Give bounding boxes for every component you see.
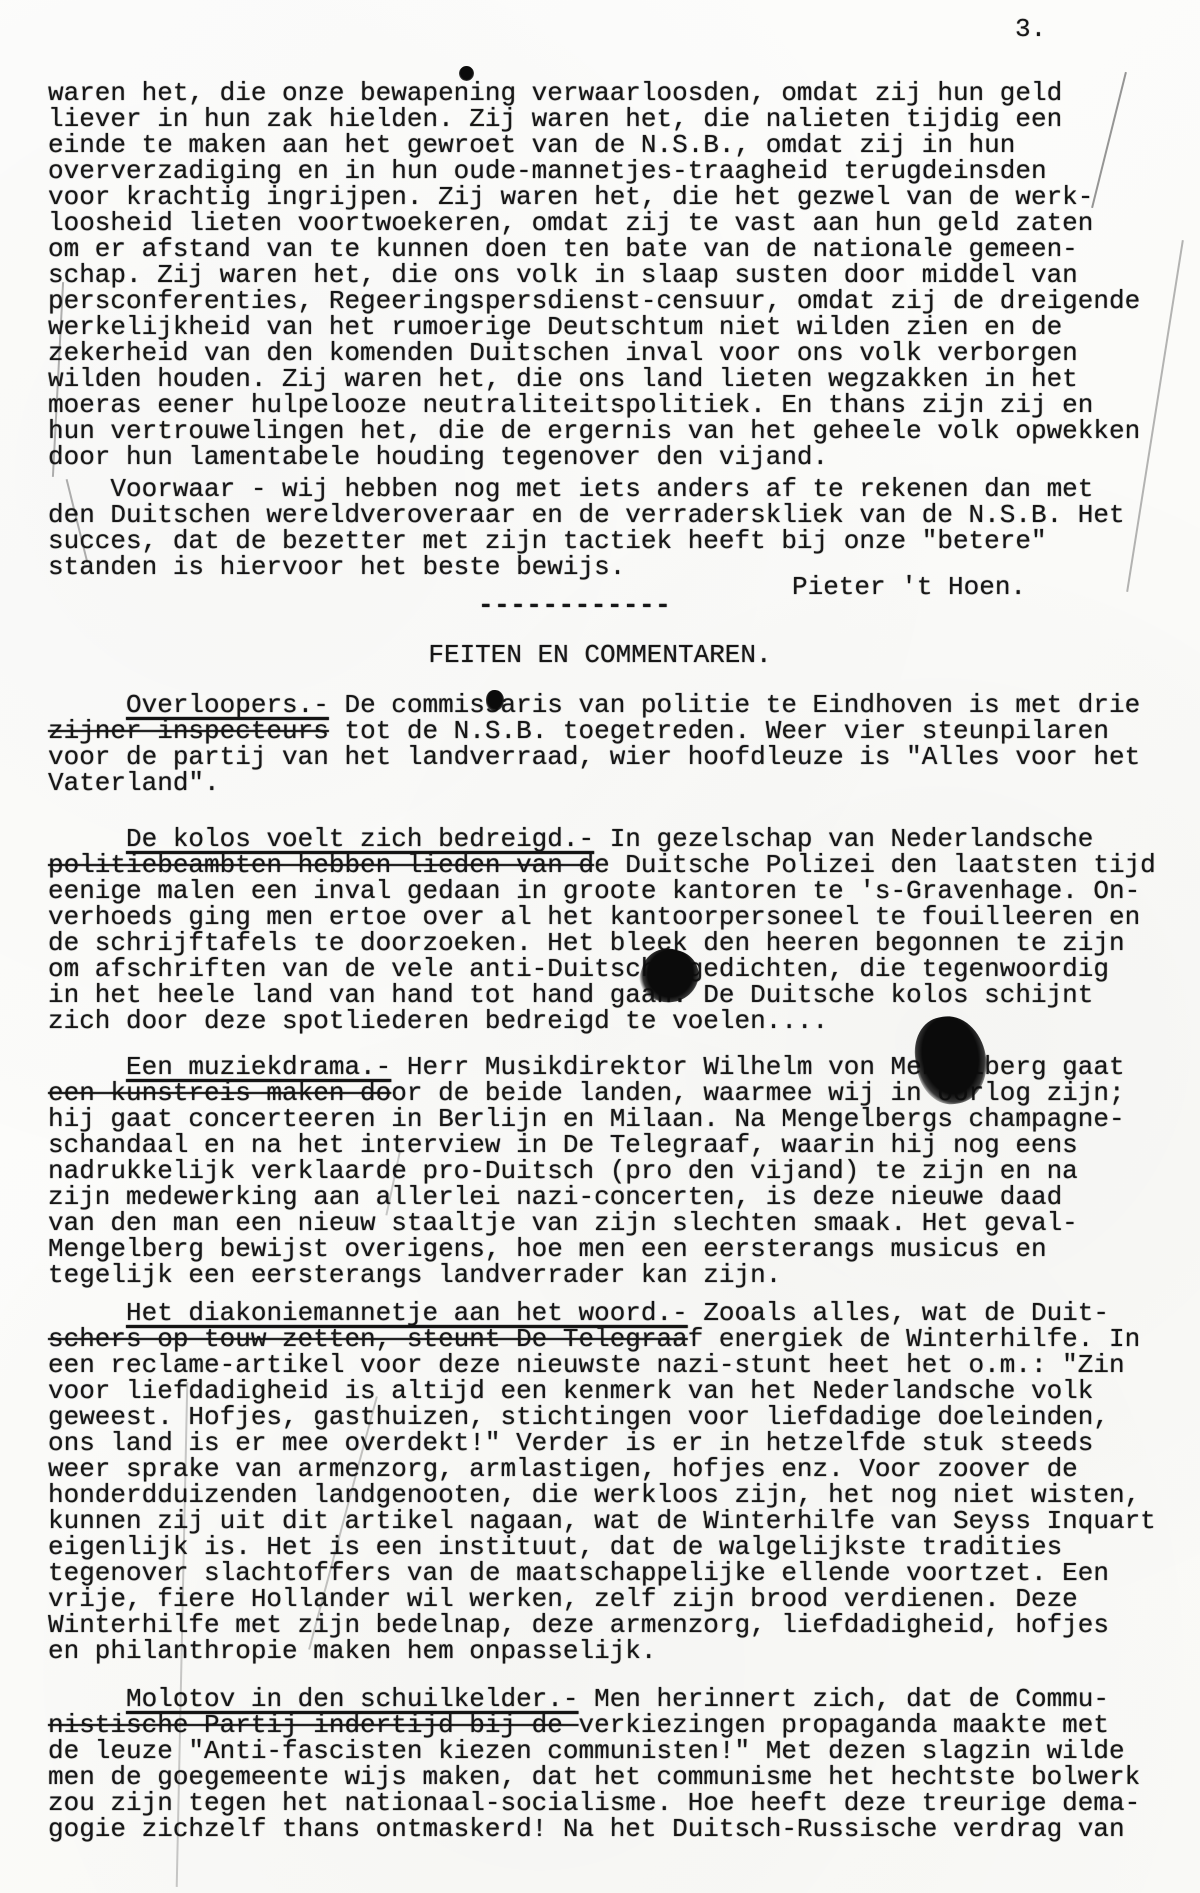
text-line: nadrukkelijk verklaarde pro-Duitsch (pro… bbox=[48, 1158, 1163, 1184]
text-line: tegelijk een eersterangs landverrader ka… bbox=[48, 1262, 1163, 1288]
text-line: een kunstreis maken door de beide landen… bbox=[48, 1080, 1163, 1106]
text-line: eenige malen een inval gedaan in groote … bbox=[48, 878, 1163, 904]
text-line: Voorwaar - wij hebben nog met iets ander… bbox=[48, 476, 1163, 502]
text-line: politiebeambten hebben lieden van de Dui… bbox=[48, 852, 1163, 878]
text-line: schers op touw zetten, steunt De Telegra… bbox=[48, 1326, 1163, 1352]
text-line: zijner inspecteurs tot de N.S.B. toegetr… bbox=[48, 718, 1163, 744]
text-line: loosheid lieten voortwoekeren, omdat zij… bbox=[48, 210, 1163, 236]
text-line: waren het, die onze bewapening verwaarlo… bbox=[48, 80, 1163, 106]
lead-article-closing-paragraph: Voorwaar - wij hebben nog met iets ander… bbox=[48, 476, 1163, 580]
text-line: tegenover slachtoffers van de maatschapp… bbox=[48, 1560, 1163, 1586]
text-line: honderdduizenden landgenooten, die werkl… bbox=[48, 1482, 1163, 1508]
text-line: einde te maken aan het gewroet van de N.… bbox=[48, 132, 1163, 158]
text-line: zekerheid van den komenden Duitschen inv… bbox=[48, 340, 1163, 366]
text-line: Winterhilfe met zijn bedelnap, deze arme… bbox=[48, 1612, 1163, 1638]
text-line: De kolos voelt zich bedreigd.- In gezels… bbox=[48, 826, 1163, 852]
news-item-overloopers: Overloopers.- De commissaris van politie… bbox=[48, 692, 1163, 796]
text-line: oververzadiging en in hun oude-mannetjes… bbox=[48, 158, 1163, 184]
text-line: zou zijn tegen het nationaal-socialisme.… bbox=[48, 1790, 1163, 1816]
section-divider: ------------ bbox=[478, 592, 671, 618]
text-line: Overloopers.- De commissaris van politie… bbox=[48, 692, 1163, 718]
text-line: voor de partij van het landverraad, wier… bbox=[48, 744, 1163, 770]
text-line: moeras eener hulpelooze neutraliteitspol… bbox=[48, 392, 1163, 418]
news-item-de-kolos: De kolos voelt zich bedreigd.- In gezels… bbox=[48, 826, 1163, 1034]
text-line: Een muziekdrama.- Herr Musikdirektor Wil… bbox=[48, 1054, 1163, 1080]
text-line: hij gaat concerteeren in Berlijn en Mila… bbox=[48, 1106, 1163, 1132]
text-line: gogie zichzelf thans ontmaskerd! Na het … bbox=[48, 1816, 1163, 1842]
text-line: zijn medewerking aan allerlei nazi-conce… bbox=[48, 1184, 1163, 1210]
text-line: voor liefdadigheid is altijd een kenmerk… bbox=[48, 1378, 1163, 1404]
text-line: door hun lamentabele houding tegenover d… bbox=[48, 444, 1163, 470]
text-line: een reclame-artikel voor deze nieuwste n… bbox=[48, 1352, 1163, 1378]
text-line: weer sprake van armenzorg, armlastigen, … bbox=[48, 1456, 1163, 1482]
text-line: den Duitschen wereldveroveraar en de ver… bbox=[48, 502, 1163, 528]
text-line: schandaal en na het interview in De Tele… bbox=[48, 1132, 1163, 1158]
text-line: in het heele land van hand tot hand gaan… bbox=[48, 982, 1163, 1008]
text-line: ons land is er mee overdekt!" Verder is … bbox=[48, 1430, 1163, 1456]
text-line: schap. Zij waren het, die ons volk in sl… bbox=[48, 262, 1163, 288]
text-line: de schrijftafels te doorzoeken. Het blee… bbox=[48, 930, 1163, 956]
text-line: succes, dat de bezetter met zijn tactiek… bbox=[48, 528, 1163, 554]
text-line: vrije, fiere Hollander wil werken, zelf … bbox=[48, 1586, 1163, 1612]
text-line: eigenlijk is. Het is een instituut, dat … bbox=[48, 1534, 1163, 1560]
text-line: verhoeds ging men ertoe over al het kant… bbox=[48, 904, 1163, 930]
news-item-muziekdrama: Een muziekdrama.- Herr Musikdirektor Wil… bbox=[48, 1054, 1163, 1288]
text-line: zich door deze spotliederen bedreigd te … bbox=[48, 1008, 1163, 1034]
text-line: om er afstand van te kunnen doen ten bat… bbox=[48, 236, 1163, 262]
text-line: nistische Partij indertijd bij de verkie… bbox=[48, 1712, 1163, 1738]
text-line: hun vertrouwelingen het, die de ergernis… bbox=[48, 418, 1163, 444]
news-item-diakoniemannetje: Het diakoniemannetje aan het woord.- Zoo… bbox=[48, 1300, 1163, 1664]
text-line: Mengelberg bewijst overigens, hoe men ee… bbox=[48, 1236, 1163, 1262]
signature: Pieter 't Hoen. bbox=[792, 574, 1026, 600]
text-line: werkelijkheid van het rumoerige Deutscht… bbox=[48, 314, 1163, 340]
section-heading: FEITEN EN COMMENTAREN. bbox=[0, 642, 1200, 668]
text-line: Het diakoniemannetje aan het woord.- Zoo… bbox=[48, 1300, 1163, 1326]
text-line: Vaterland". bbox=[48, 770, 1163, 796]
text-line: wilden houden. Zij waren het, die ons la… bbox=[48, 366, 1163, 392]
text-line: van den man een nieuw staaltje van zijn … bbox=[48, 1210, 1163, 1236]
text-line: voor krachtig ingrijpen. Zij waren het, … bbox=[48, 184, 1163, 210]
text-line: persconferenties, Regeeringspersdienst-c… bbox=[48, 288, 1163, 314]
document-page: 3. waren het, die onze bewapening verwaa… bbox=[0, 0, 1200, 1893]
text-line: kunnen zij uit dit artikel nagaan, wat d… bbox=[48, 1508, 1163, 1534]
page-number: 3. bbox=[1015, 16, 1046, 42]
lead-article-continuation: waren het, die onze bewapening verwaarlo… bbox=[48, 80, 1163, 470]
text-line: de leuze "Anti-fascisten kiezen communis… bbox=[48, 1738, 1163, 1764]
text-line: liever in hun zak hielden. Zij waren het… bbox=[48, 106, 1163, 132]
text-line: geweest. Hofjes, gasthuizen, stichtingen… bbox=[48, 1404, 1163, 1430]
text-line: Molotov in den schuilkelder.- Men herinn… bbox=[48, 1686, 1163, 1712]
text-line: en philanthropie maken hem onpasselijk. bbox=[48, 1638, 1163, 1664]
news-item-molotov: Molotov in den schuilkelder.- Men herinn… bbox=[48, 1686, 1163, 1842]
text-line: om afschriften van de vele anti-Duitsche… bbox=[48, 956, 1163, 982]
text-line: men de goegemeente wijs maken, dat het c… bbox=[48, 1764, 1163, 1790]
